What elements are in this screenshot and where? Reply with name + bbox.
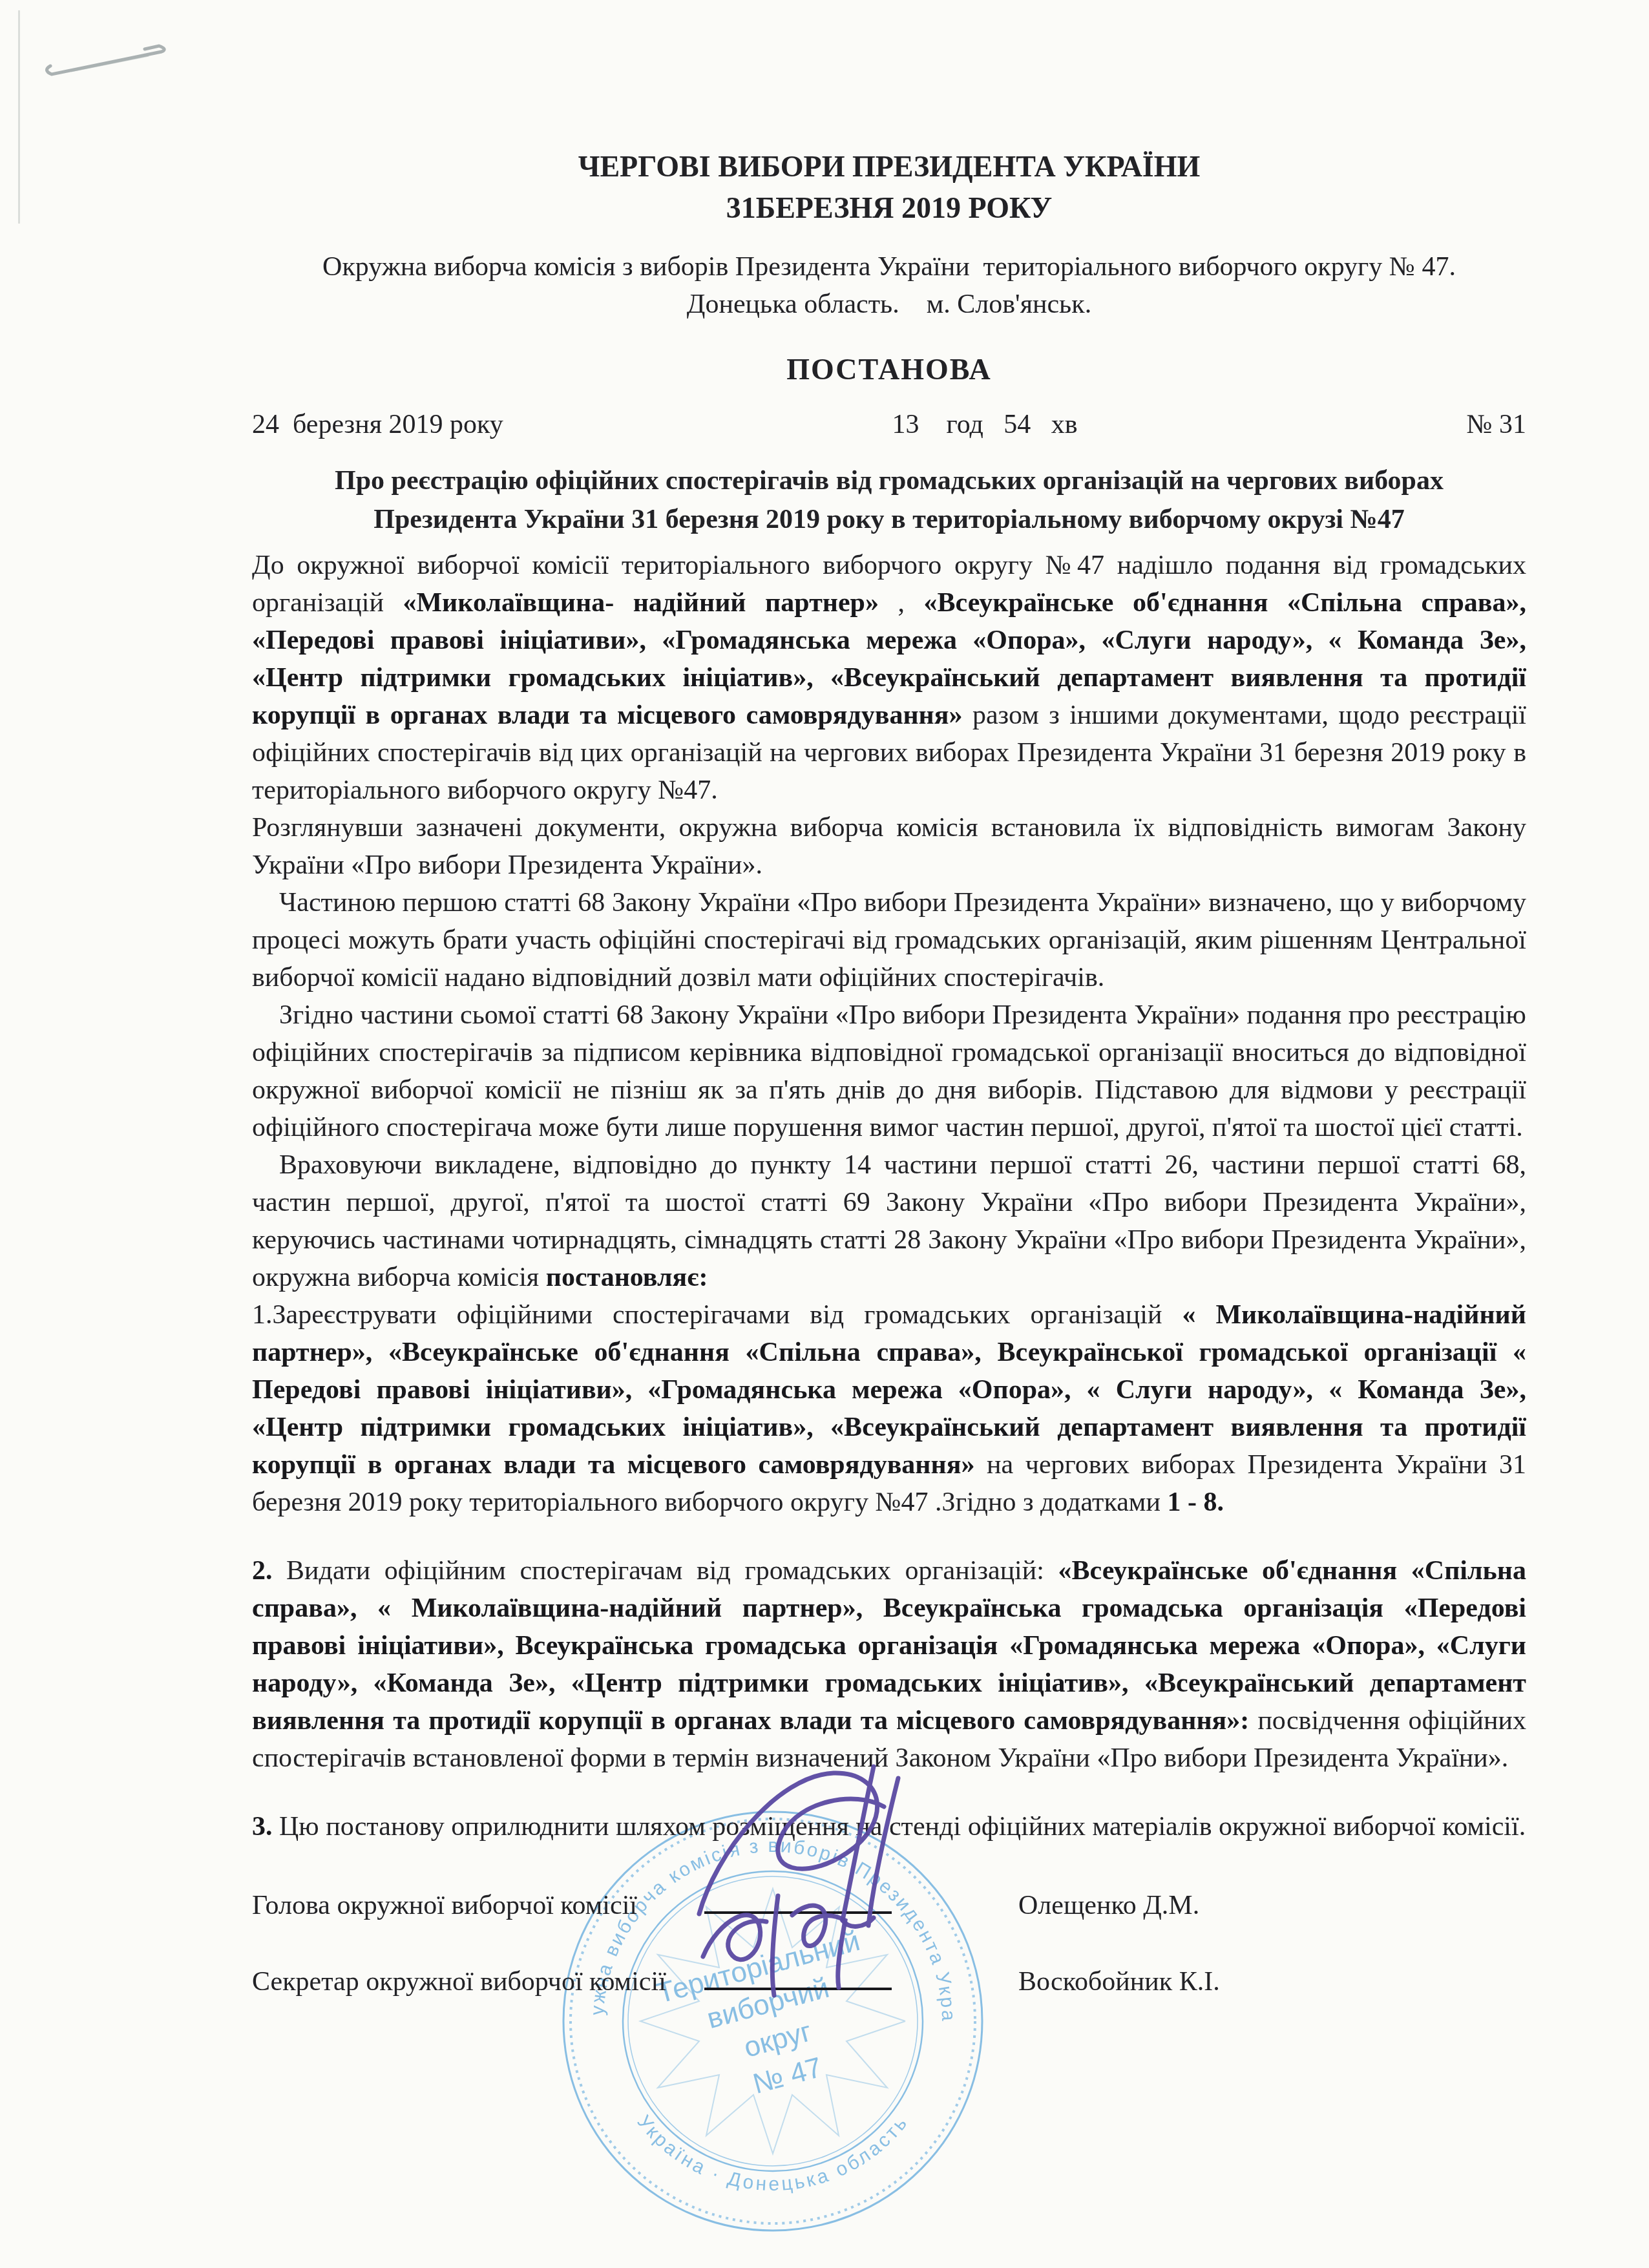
paragraph-article68-part1: Частиною першою статті 68 Закону України… <box>252 884 1526 996</box>
secretary-name: Воскобойник К.І. <box>1018 1963 1220 2000</box>
paragraph-review: Розглянувши зазначені документи, окружна… <box>252 809 1526 884</box>
date-row: 24 березня 2019 року 13 год 54 хв № 31 <box>252 406 1526 443</box>
resolution-item-2: 2. Видати офіційним спостерігачам від гр… <box>252 1552 1526 1777</box>
scan-edge-artifact <box>18 10 20 224</box>
subject-line1: Про реєстрацію офіційних спостерігачів в… <box>252 461 1526 500</box>
document-content: ЧЕРГОВІ ВИБОРИ ПРЕЗИДЕНТА УКРАЇНИ 31БЕРЕ… <box>252 0 1526 2000</box>
paragraph-resolves: Враховуючи викладене, відповідно до пунк… <box>252 1146 1526 1296</box>
chair-signature-line <box>704 1905 892 1914</box>
paragraph-submission: До окружної виборчої комісії територіаль… <box>252 547 1526 809</box>
subject-line2: Президента України 31 березня 2019 року … <box>252 500 1526 539</box>
election-title-line2: 31БЕРЕЗНЯ 2019 РОКУ <box>252 187 1526 229</box>
document-type-heading: ПОСТАНОВА <box>252 349 1526 390</box>
document-time: 13 год 54 хв <box>892 406 1078 443</box>
document-date: 24 березня 2019 року <box>252 406 503 443</box>
election-title-line1: ЧЕРГОВІ ВИБОРИ ПРЕЗИДЕНТА УКРАЇНИ <box>252 146 1526 187</box>
location-line: Донецька область. м. Слов'янськ. <box>252 286 1526 323</box>
resolution-item-1: 1.Зареєструвати офіційними спостерігачам… <box>252 1296 1526 1521</box>
resolution-item-3: 3. Цю постанову оприлюднити шляхом розмі… <box>252 1808 1526 1845</box>
chair-signature-label: Голова окружної виборчої комісії <box>252 1887 684 1924</box>
secretary-signature-row: Секретар окружної виборчої комісії Воско… <box>252 1963 1526 2000</box>
secretary-signature-label: Секретар окружної виборчої комісії <box>252 1963 684 2000</box>
paragraph-article68-part7: Згідно частини сьомої статті 68 Закону У… <box>252 996 1526 1146</box>
document-number: № 31 <box>1466 406 1526 443</box>
scanned-document-page: Окружна виборча комісія з виборів Презид… <box>0 0 1649 2268</box>
scan-crease-mark <box>37 31 186 89</box>
secretary-signature-line <box>704 1981 892 1990</box>
chair-signature-row: Голова окружної виборчої комісії Олещенк… <box>252 1887 1526 1924</box>
chair-name: Олещенко Д.М. <box>1018 1887 1199 1924</box>
commission-line: Окружна виборча комісія з виборів Презид… <box>252 248 1526 286</box>
